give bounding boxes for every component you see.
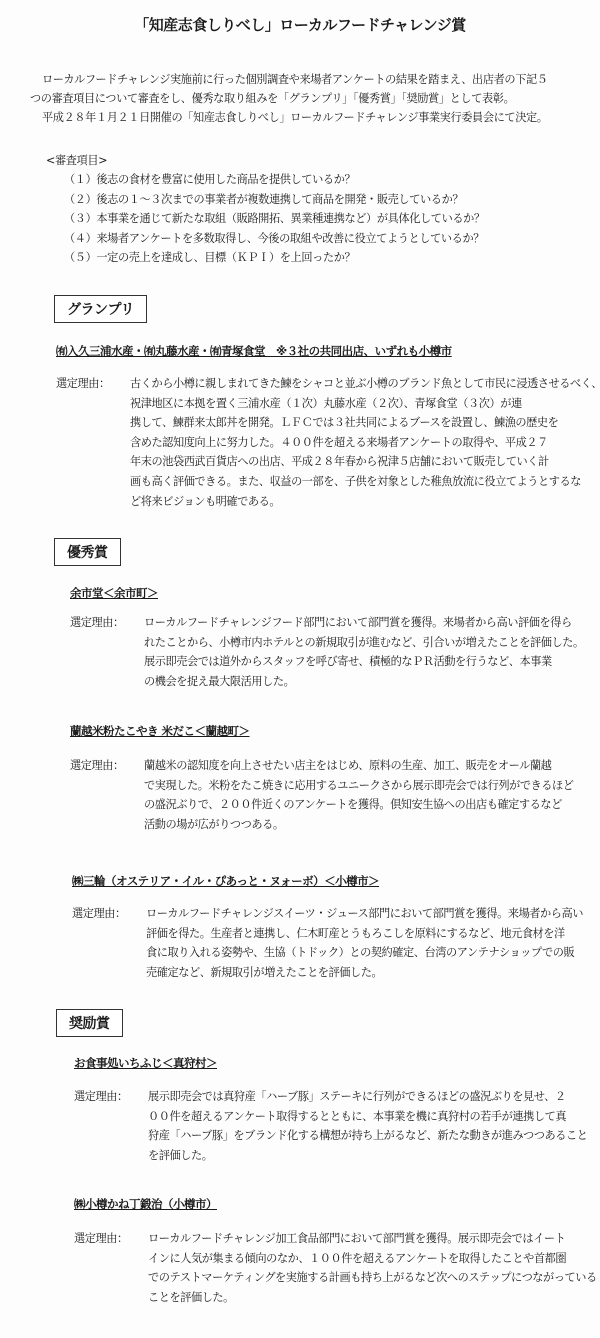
intro-paragraph: ローカルフードチャレンジ実施前に行った個別調査や来場者アンケートの結果を踏まえ、… xyxy=(30,70,590,127)
winner-name: 余市堂＜余市町＞ xyxy=(70,585,158,601)
reason-label: 選定理由： xyxy=(56,374,110,394)
reason-line: 評価を得た。生産者と連携し、仁木町産とうもろこしを原料にするなど、地元食材を洋 xyxy=(146,924,597,944)
reason-line: 活動の場が広がりつつある。 xyxy=(144,815,595,835)
reason-line: 画も高く評価できる。また、収益の一部を、子供を対象とした稚魚放流に役立てようとす… xyxy=(130,472,596,492)
selection-reason: 選定理由： 古くから小樽に親しまれてきた鰊をシャコと並ぶ小樽のブランド魚として市… xyxy=(56,374,596,511)
reason-line: 年末の池袋西武百貨店への出店、平成２８年春から祝津５店舗において販売していく計 xyxy=(130,452,596,472)
selection-reason: 選定理由： ローカルフードチャレンジ加工食品部門において部門賞を獲得。展示即売会… xyxy=(74,1229,599,1307)
selection-reason: 選定理由： 展示即売会では真狩産「ハーブ豚」ステーキに行列ができるほどの盛況ぶり… xyxy=(74,1087,599,1165)
reason-line: の機会を捉え最大限活用した。 xyxy=(144,672,595,692)
reason-line: で実現した。米粉をたこ焼きに応用するユニークさから展示即売会では行列ができるほど xyxy=(144,776,595,796)
reason-line: 蘭越米の認知度を向上させたい店主をはじめ、原料の生産、加工、販売をオール蘭越 xyxy=(144,756,595,776)
criteria-item: （２）後志の１～３次までの事業者が複数連携して商品を開発・販売しているか？ xyxy=(64,190,485,210)
reason-line: ローカルフードチャレンジフード部門において部門賞を獲得。来場者から高い評価を得ら xyxy=(144,613,595,633)
award-category-grandprix: グランプリ xyxy=(54,295,147,323)
document-title: 「知産志食しりべし」ローカルフードチャレンジ賞 xyxy=(0,14,600,35)
reason-line: 展示即売会では真狩産「ハーブ豚」ステーキに行列ができるほどの盛況ぶりを見せ、２ xyxy=(148,1087,599,1107)
criteria-item: （５）一定の売上を達成し、目標（ＫＰＩ）を上回ったか？ xyxy=(64,248,485,268)
reason-line: 古くから小樽に親しまれてきた鰊をシャコと並ぶ小樽のブランド魚として市民に浸透させ… xyxy=(130,374,596,394)
reason-label: 選定理由： xyxy=(70,756,124,776)
criteria-item: （４）来場者アンケートを多数取得し、今後の取組や改善に役立てようとしているか？ xyxy=(64,229,485,249)
reason-line: 売確定など、新規取引が増えたことを評価した。 xyxy=(146,963,597,983)
reason-label: 選定理由： xyxy=(74,1229,128,1249)
reason-line: 展示即売会では道外からスタッフを呼び寄せ、積極的なＰＲ活動を行うなど、本事業 xyxy=(144,652,595,672)
award-category-encouragement: 奨励賞 xyxy=(56,1009,123,1037)
reason-line: ００件を超えるアンケート取得するとともに、本事業を機に真狩村の若手が連携して真 xyxy=(148,1107,599,1127)
criteria-item: （３）本事業を通じて新たな取組（販路開拓、異業種連携など）が具体化しているか？ xyxy=(64,209,485,229)
reason-line: 狩産「ハーブ豚」をブランド化する構想が持ち上がるなど、新たな動きが進みつつあるこ… xyxy=(148,1126,599,1146)
criteria-section: <審査項目> （１）後志の食材を豊富に使用した商品を提供しているか？ （２）後志… xyxy=(46,152,485,268)
reason-line: ローカルフードチャレンジスイーツ・ジュース部門において部門賞を獲得。来場者から高… xyxy=(146,904,597,924)
selection-reason: 選定理由： 蘭越米の認知度を向上させたい店主をはじめ、原料の生産、加工、販売をオ… xyxy=(70,756,595,834)
reason-line: 携して、鰊群来太郎丼を開発。ＬＦＣでは３社共同によるブースを設置し、鰊漁の歴史を xyxy=(130,413,596,433)
reason-line: 含めた認知度向上に努力した。４００件を超える来場者アンケートの取得や、平成２７ xyxy=(130,433,596,453)
reason-label: 選定理由： xyxy=(74,1087,128,1107)
selection-reason: 選定理由： ローカルフードチャレンジスイーツ・ジュース部門において部門賞を獲得。… xyxy=(72,904,597,982)
intro-line: ローカルフードチャレンジ実施前に行った個別調査や来場者アンケートの結果を踏まえ、… xyxy=(30,70,590,89)
intro-line: 平成２８年１月２１日開催の「知産志食しりべし」ローカルフードチャレンジ事業実行委… xyxy=(30,108,590,127)
criteria-item: （１）後志の食材を豊富に使用した商品を提供しているか？ xyxy=(64,170,485,190)
reason-label: 選定理由： xyxy=(72,904,126,924)
reason-line: ことを評価した。 xyxy=(148,1288,599,1308)
reason-line: 食に取り入れる姿勢や、生協（トドック）との契約確定、台湾のアンテナショップでの販 xyxy=(146,943,597,963)
selection-reason: 選定理由： ローカルフードチャレンジフード部門において部門賞を獲得。来場者から高… xyxy=(70,613,595,691)
reason-line: でのテストマーケティングを実施する計画も持ち上がるなど次へのステップにつながって… xyxy=(148,1268,599,1288)
winner-name: ㈱小樽かね丁鍛治（小樽市） xyxy=(74,1196,217,1212)
winner-name: お食事処いちふじ＜真狩村＞ xyxy=(74,1055,217,1071)
reason-line: を評価した。 xyxy=(148,1146,599,1166)
reason-line: インに人気が集まる傾向のなか、１００件を超えるアンケートを取得したことや首都圏 xyxy=(148,1249,599,1269)
reason-label: 選定理由： xyxy=(70,613,124,633)
reason-line: 祝津地区に本拠を置く三浦水産（１次）丸藤水産（２次）、青塚食堂（３次）が連 xyxy=(130,394,596,414)
winner-name: ㈲入久三浦水産・㈲丸藤水産・㈲青塚食堂 ※３社の共同出店、いずれも小樽市 xyxy=(56,343,452,359)
reason-line: ローカルフードチャレンジ加工食品部門において部門賞を獲得。展示即売会ではイート xyxy=(148,1229,599,1249)
reason-line: の盛況ぶりで、２００件近くのアンケートを獲得。倶知安生協への出店も確定するなど xyxy=(144,795,595,815)
intro-line: つの審査項目について審査をし、優秀な取り組みを「グランプリ」「優秀賞」「奨励賞」… xyxy=(30,89,590,108)
reason-line: れたことから、小樽市内ホテルとの新規取引が進むなど、引合いが増えたことを評価した… xyxy=(144,633,595,653)
winner-name: 蘭越米粉たこやき 米だこ＜蘭越町＞ xyxy=(70,723,250,739)
award-category-excellence: 優秀賞 xyxy=(54,538,121,566)
winner-name: ㈱三輪（オステリア・イル・ぴあっと・ヌォーボ）＜小樽市＞ xyxy=(72,873,379,889)
criteria-heading: <審査項目> xyxy=(46,152,485,168)
reason-line: ど将来ビジョンも明確である。 xyxy=(130,492,596,512)
criteria-list: （１）後志の食材を豊富に使用した商品を提供しているか？ （２）後志の１～３次まで… xyxy=(46,170,485,268)
